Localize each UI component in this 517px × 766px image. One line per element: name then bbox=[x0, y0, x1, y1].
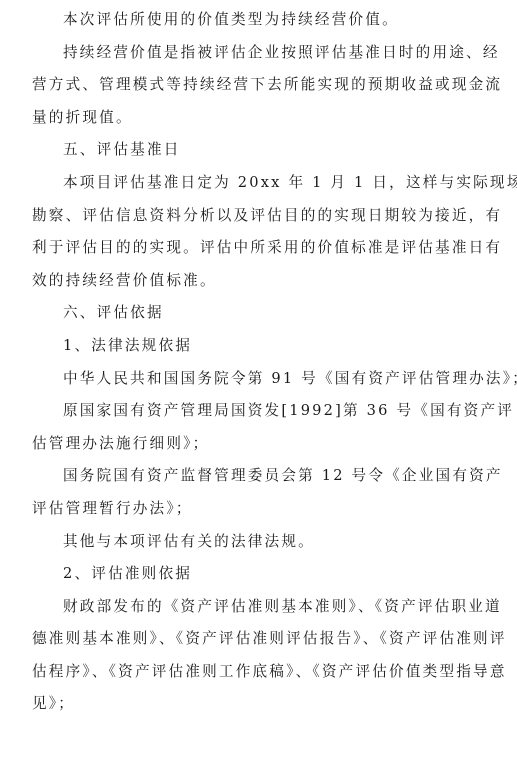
paragraph-standards-line-1: 财政部发布的《资产评估准则基本准则》、《资产评估职业道 bbox=[32, 591, 482, 624]
paragraph-base-date-line-4: 效的持续经营价值标准。 bbox=[32, 265, 482, 298]
paragraph-standards-line-4: 见》； bbox=[32, 688, 482, 721]
paragraph-law-91: 中华人民共和国国务院令第 91 号《国有资产评估管理办法》； bbox=[32, 363, 482, 396]
paragraph-standards-line-2: 德准则基本准则》、《资产评估准则评估报告》、《资产评估准则评 bbox=[32, 623, 482, 656]
paragraph-base-date-line-3: 利于评估目的的实现。评估中所采用的价值标准是评估基准日有 bbox=[32, 232, 482, 265]
paragraph-law-36-line-2: 估管理办法施行细则》； bbox=[32, 428, 482, 461]
paragraph-going-concern-line-3: 量的折现值。 bbox=[32, 102, 482, 135]
subheading-standards: 2、评估准则依据 bbox=[32, 558, 482, 591]
section-heading-base-date: 五、评估基准日 bbox=[32, 134, 482, 167]
paragraph-law-12-line-2: 评估管理暂行办法》； bbox=[32, 493, 482, 526]
paragraph-standards-line-3: 估程序》、《资产评估准则工作底稿》、《资产评估价值类型指导意 bbox=[32, 656, 482, 689]
paragraph-value-type: 本次评估所使用的价值类型为持续经营价值。 bbox=[32, 4, 482, 37]
paragraph-going-concern-line-2: 营方式、管理模式等持续经营下去所能实现的预期收益或现金流 bbox=[32, 69, 482, 102]
subheading-laws: 1、法律法规依据 bbox=[32, 330, 482, 363]
paragraph-going-concern-line-1: 持续经营价值是指被评估企业按照评估基准日时的用途、经 bbox=[32, 37, 482, 70]
paragraph-base-date-line-2: 勘察、评估信息资料分析以及评估目的的实现日期较为接近，有 bbox=[32, 200, 482, 233]
paragraph-other-laws: 其他与本项评估有关的法律法规。 bbox=[32, 526, 482, 559]
document-page: 本次评估所使用的价值类型为持续经营价值。 持续经营价值是指被评估企业按照评估基准… bbox=[32, 4, 482, 721]
paragraph-law-12-line-1: 国务院国有资产监督管理委员会第 12 号令《企业国有资产 bbox=[32, 460, 482, 493]
paragraph-base-date-line-1: 本项目评估基准日定为 20xx 年 1 月 1 日，这样与实际现场 bbox=[32, 167, 482, 200]
section-heading-basis: 六、评估依据 bbox=[32, 297, 482, 330]
paragraph-law-36-line-1: 原国家国有资产管理局国资发[1992]第 36 号《国有资产评 bbox=[32, 395, 482, 428]
